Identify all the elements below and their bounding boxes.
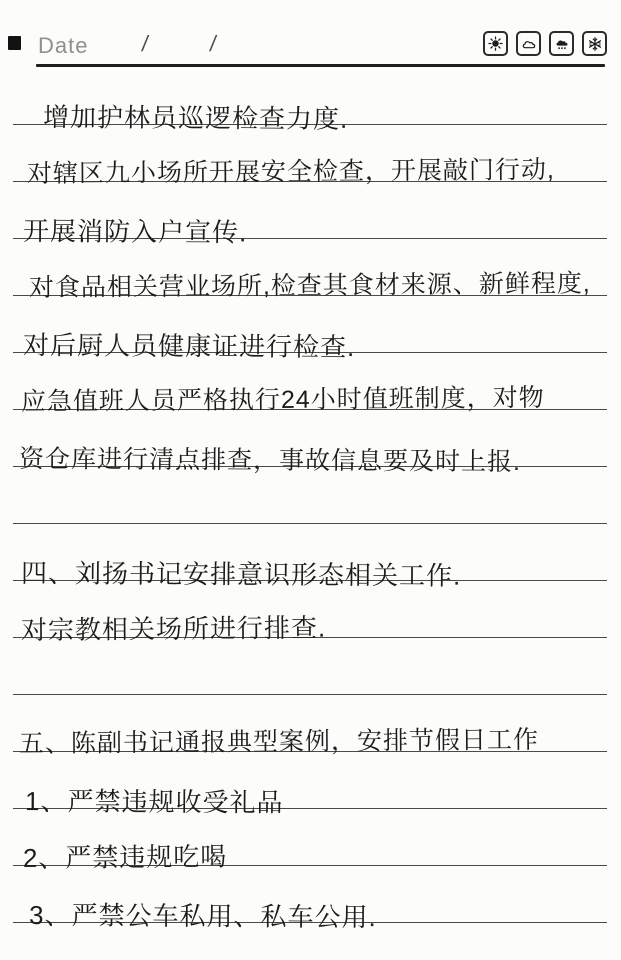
date-slash-1: / [140,31,150,57]
notebook-page: Date / / [0,0,621,960]
corner-bookmark-mark [8,36,21,50]
date-label: Date [38,33,88,59]
handwritten-text: 3、严禁公车私用、私车公用. [29,902,607,932]
ruled-line-11 [13,638,607,695]
ruled-line-9: 四、刘扬书记安排意识形态相关工作. [13,524,607,581]
ruled-sheet: 增加护林员巡逻检查力度. 对辖区九小场所开展安全检查，开展敲门行动, 开展消防入… [0,68,621,923]
ruled-line-4: 对食品相关营业场所,检查其食材来源、新鲜程度, [13,239,607,296]
header-divider-line [36,64,605,67]
ruled-line-6: 应急值班人员严格执行24小时值班制度，对物 [13,353,607,410]
ruled-line-1: 增加护林员巡逻检查力度. [13,68,607,125]
snowy-icon [582,31,607,56]
ruled-line-2: 对辖区九小场所开展安全检查，开展敲门行动, [13,125,607,182]
cloudy-icon [516,31,541,56]
rainy-icon [549,31,574,56]
page-header: Date / / [0,0,621,66]
ruled-line-14: 2、严禁违规吃喝 [13,809,607,866]
ruled-line-3: 开展消防入户宣传. [13,182,607,239]
ruled-line-10: 对宗教相关场所进行排查. [13,581,607,638]
sunny-icon [483,31,508,56]
ruled-line-8 [13,467,607,524]
date-slash-2: / [208,31,218,57]
ruled-line-7: 资仓库进行清点排查，事故信息要及时上报. [13,410,607,467]
ruled-line-12: 五、陈副书记通报典型案例，安排节假日工作 [13,695,607,752]
weather-checkboxes [483,31,607,56]
ruled-line-5: 对后厨人员健康证进行检查. [13,296,607,353]
ruled-line-13: 1、严禁违规收受礼品 [13,752,607,809]
ruled-line-15: 3、严禁公车私用、私车公用. [13,866,607,923]
